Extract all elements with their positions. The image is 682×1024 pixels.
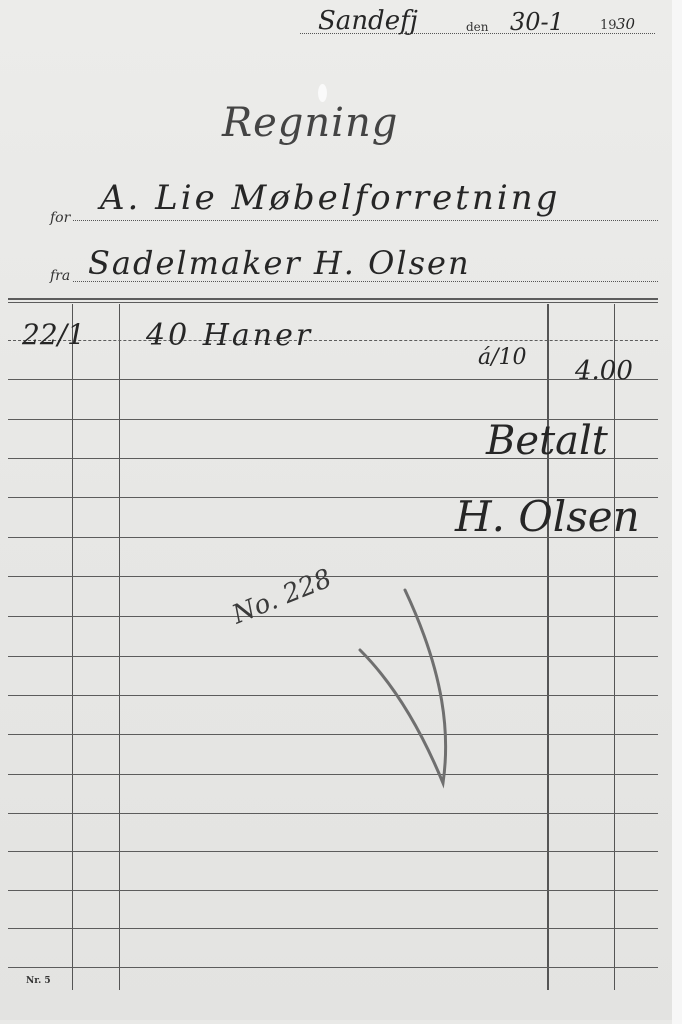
row-rule	[8, 379, 658, 380]
place-handwritten: Sandefj	[318, 6, 418, 36]
year-printed-prefix: 19	[600, 18, 617, 33]
signature: H. Olsen	[455, 492, 640, 541]
row-rule	[8, 851, 658, 852]
row-rule	[8, 813, 658, 814]
row-rule	[8, 734, 658, 735]
den-label: den	[466, 20, 489, 34]
row-rule	[8, 967, 658, 968]
line-item-date: 22/1	[22, 318, 85, 351]
row-rule	[8, 576, 658, 577]
column-divider-date	[72, 304, 73, 990]
fra-label: fra	[50, 268, 70, 284]
row-rule	[8, 890, 658, 891]
for-handwritten: A. Lie Møbelforretning	[100, 178, 560, 218]
table-top-rule-2	[8, 302, 658, 303]
column-divider-amount-1	[547, 304, 549, 990]
for-line	[73, 220, 658, 221]
paper-hole	[318, 84, 327, 102]
date-handwritten: 30-1	[510, 8, 564, 36]
check-mark-icon	[355, 585, 455, 790]
row-rule	[8, 616, 658, 617]
received-stamp-text: Betalt	[486, 418, 608, 464]
row-rule	[8, 695, 658, 696]
line-item-description: 40 Haner	[146, 318, 313, 353]
line-item-amount: 4.00	[575, 356, 633, 386]
year-handwritten-suffix: 30	[616, 15, 635, 33]
line-item-unit: á/10	[478, 345, 527, 370]
table-top-rule-1	[8, 298, 658, 300]
scan-edge	[672, 0, 682, 1024]
for-label: for	[50, 210, 70, 226]
form-number: Nr. 5	[26, 976, 51, 986]
column-divider-desc	[119, 304, 120, 990]
row-rule	[8, 340, 658, 341]
fra-handwritten: Sadelmaker H. Olsen	[88, 244, 471, 282]
column-divider-amount-2	[614, 304, 615, 990]
row-rule	[8, 774, 658, 775]
document-title: Regning	[222, 100, 398, 146]
row-rule	[8, 928, 658, 929]
row-rule	[8, 656, 658, 657]
